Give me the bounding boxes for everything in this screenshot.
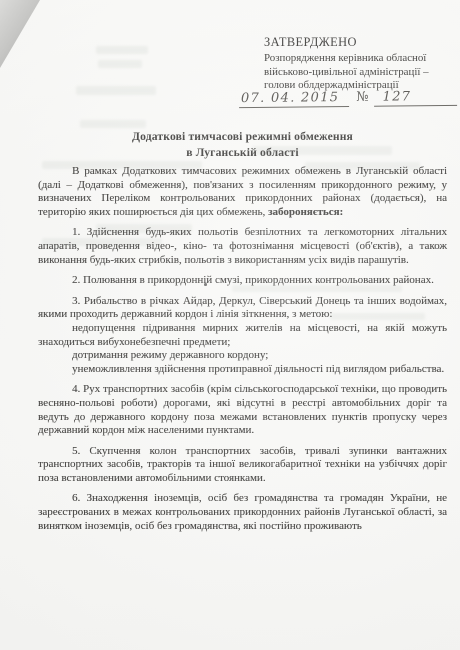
ink-speck	[204, 283, 207, 286]
body-subparagraph: унеможливлення здійснення протиправної д…	[38, 363, 447, 377]
bleed-through-smudge	[80, 120, 146, 128]
body-subparagraph: дотримання режиму державного кордону;	[38, 349, 447, 363]
body-paragraph: 1. Здійснення будь-яких польотів безпіло…	[38, 226, 447, 267]
document-title-line2: в Луганській області	[38, 145, 447, 161]
handwritten-number: 127	[374, 89, 458, 107]
bleed-through-smudge	[96, 46, 148, 54]
intro-paragraph: В рамках Додаткових тимчасових режимних …	[38, 165, 447, 219]
scanned-document-page: ЗАТВЕРДЖЕНО Розпорядження керівника обла…	[0, 0, 460, 650]
approval-block: ЗАТВЕРДЖЕНО Розпорядження керівника обла…	[264, 36, 446, 93]
document-title-line1: Додаткові тимчасові режимні обмеження	[38, 129, 447, 145]
approval-line: Розпорядження керівника обласної	[264, 52, 446, 66]
handwritten-date-number: 07. 04. 2015№127	[239, 89, 457, 106]
scan-corner-artifact	[0, 0, 40, 68]
body-paragraph: 6. Знаходження іноземців, осіб без грома…	[38, 492, 447, 533]
document-title: Додаткові тимчасові режимні обмеження в …	[38, 129, 447, 161]
document-body: В рамках Додаткових тимчасових режимних …	[38, 165, 447, 533]
intro-bold-ending: забороняється:	[268, 206, 343, 218]
bleed-through-smudge	[98, 60, 142, 68]
body-paragraph: 3. Рибальство в річках Айдар, Деркул, Сі…	[38, 295, 447, 322]
number-sign: №	[356, 90, 368, 105]
body-subparagraph: недопущення підривання мирних жителів на…	[38, 322, 447, 349]
approval-line: військово-цивільної адміністрації –	[264, 66, 446, 80]
intro-text: В рамках Додаткових тимчасових режимних …	[38, 165, 447, 218]
body-paragraph: 4. Рух транспортних засобів (крім сільсь…	[38, 383, 447, 437]
bleed-through-smudge	[76, 86, 156, 95]
approval-heading: ЗАТВЕРДЖЕНО	[264, 36, 446, 50]
body-paragraph: 2. Полювання в прикордонній смузі, прико…	[38, 274, 447, 288]
body-paragraph: 5. Скупчення колон транспортних засобів,…	[38, 445, 447, 486]
handwritten-date: 07. 04. 2015	[239, 90, 349, 108]
